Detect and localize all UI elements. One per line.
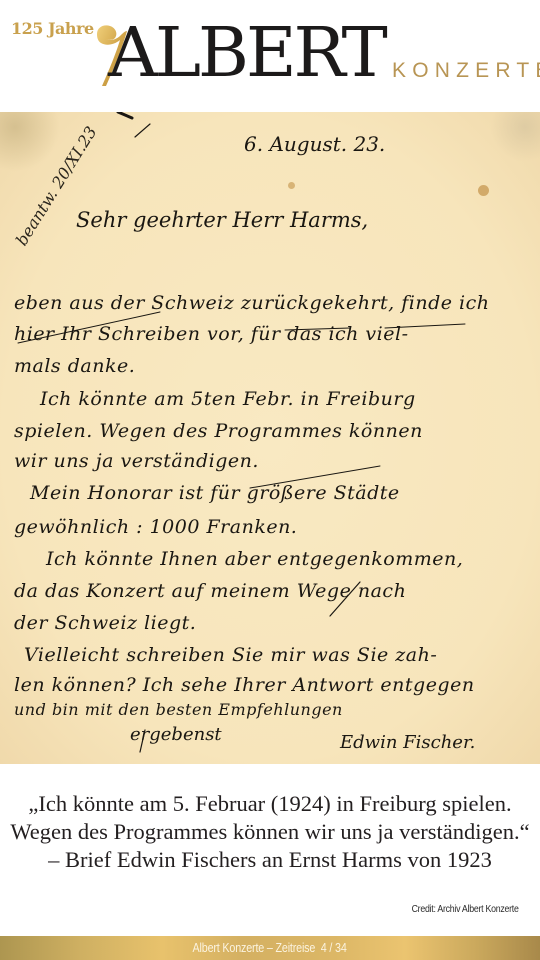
brand-subtitle: KONZERTE [392, 59, 540, 83]
footer-bar: Albert Konzerte – Zeitreise 4 / 34 [0, 936, 540, 960]
letter-line: spielen. Wegen des Programmes können [14, 420, 423, 442]
letter-line: hier Ihr Schreiben vor, für das ich viel… [14, 323, 409, 345]
letter-line: Ich könnte Ihnen aber entgegenkommen, [46, 548, 463, 570]
handwritten-letter-image: beantw. 20/XI.23 6. August. 23. Sehr gee… [0, 112, 540, 764]
letter-greeting: Sehr geehrter Herr Harms, [76, 208, 368, 232]
letter-signature: Edwin Fischer. [340, 732, 475, 753]
letter-line: der Schweiz liegt. [14, 612, 196, 634]
letter-caption: „Ich könnte am 5. Februar (1924) in Frei… [10, 790, 530, 874]
brand-wordmark: ALBERT [108, 18, 385, 90]
letter-closing: ergebenst [130, 724, 222, 745]
letter-line: mals danke. [14, 355, 135, 377]
letter-line: Vielleicht schreiben Sie mir was Sie zah… [24, 644, 437, 666]
image-credit: Credit: Archiv Albert Konzerte [412, 904, 519, 915]
letter-line: len können? Ich sehe Ihrer Antwort entge… [14, 674, 475, 696]
letter-line: Mein Honorar ist für größere Städte [30, 482, 400, 504]
letter-line: eben aus der Schweiz zurückgekehrt, find… [14, 292, 490, 314]
letter-line: Ich könnte am 5ten Febr. in Freiburg [40, 388, 416, 410]
letter-line: und bin mit den besten Empfehlungen [14, 700, 343, 719]
anniversary-label: 125 Jahre [11, 19, 94, 38]
letter-date: 6. August. 23. [244, 132, 385, 156]
letter-line: gewöhnlich : 1000 Franken. [14, 516, 297, 538]
letter-line: da das Konzert auf meinem Wege nach [14, 580, 406, 602]
letter-line: wir uns ja verständigen. [14, 450, 259, 472]
slide-counter: Albert Konzerte – Zeitreise 4 / 34 [193, 941, 347, 955]
header: 125 Jahre ALBERT KONZERTE [0, 0, 540, 112]
